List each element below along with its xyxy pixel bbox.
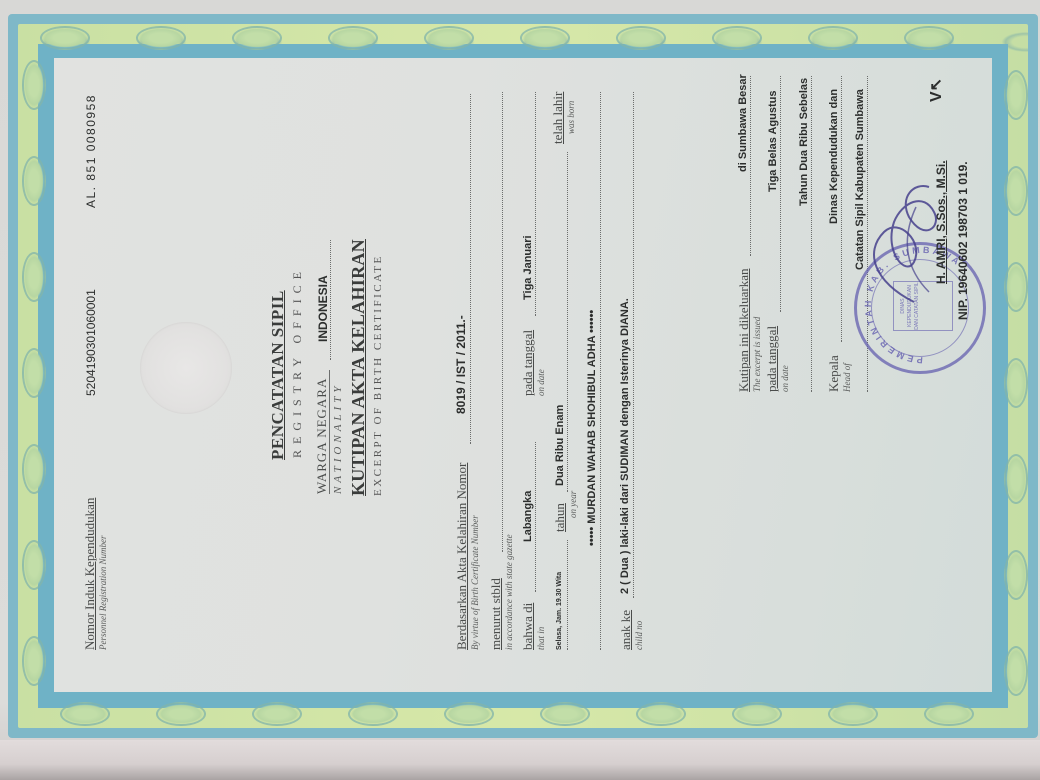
time-value: Selasa, Jam. 19.30 Wita: [556, 572, 563, 650]
year-label: tahun on year: [552, 491, 578, 532]
paper-edge: [0, 740, 1040, 780]
border-ornament: [1004, 358, 1028, 408]
issue-date-label: pada tanggal on date: [764, 326, 790, 392]
border-ornament: [22, 252, 46, 302]
child-order-value: 2 ( Dua ) laki-laki dari SUDIMAN dengan …: [619, 298, 631, 594]
border-ornament: [22, 156, 46, 206]
border-ornament: [1004, 166, 1028, 216]
stbld-label: menurut stbld in accordance with state g…: [488, 534, 514, 650]
border-ornament: [636, 702, 686, 726]
head-label: Kepala Head of: [826, 355, 852, 392]
certificate-title: KUTIPAN AKTA KELAHIRAN: [348, 239, 369, 496]
border-ornament: [540, 702, 590, 726]
border-ornament: [22, 348, 46, 398]
border-ornament: [1004, 646, 1028, 696]
border-ornament: [732, 702, 782, 726]
office-title-en: REGISTRY OFFICE: [290, 266, 305, 458]
border-ornament: [60, 702, 110, 726]
watermark-emblem: [140, 322, 232, 414]
border-ornament: [712, 26, 762, 50]
year-value: Dua Ribu Enam: [554, 405, 566, 486]
nationality-value: INDONESIA: [316, 275, 330, 342]
border-ornament: [904, 26, 954, 50]
border-ornament: [136, 26, 186, 50]
border-ornament: [22, 636, 46, 686]
border-ornament: [924, 702, 974, 726]
border-ornament: [328, 26, 378, 50]
born-label: telah lahir was born: [550, 92, 576, 144]
place-value: Labangka: [522, 491, 534, 542]
cert-number-value: 8019 / IST / 2011.-: [454, 315, 468, 414]
border-ornament: [424, 26, 474, 50]
border-ornament: [808, 26, 858, 50]
issued-label: Kutipan ini dikeluarkan The excerpt is i…: [736, 269, 762, 392]
border-ornament: [22, 60, 46, 110]
border-ornament: [156, 702, 206, 726]
issued-place: di Sumbawa Besar: [737, 74, 749, 172]
border-ornament: [616, 26, 666, 50]
border-ornament: [232, 26, 282, 50]
certificate-content: Nomor Induk Kependudukan Personnel Regis…: [54, 58, 992, 692]
nationality-label-en: NATIONALITY: [332, 383, 344, 494]
signatory-name: H. AMRI, S.Sos., M.Si.: [934, 160, 948, 284]
border-ornament: [1004, 454, 1028, 504]
child-name: ••••• MURDAN WAHAB SHOHIBUL ADHA ••••••: [586, 310, 598, 546]
issue-year-value: Tahun Dua Ribu Sebelas: [798, 78, 810, 206]
office-title: PENCATATAN SIPIL: [268, 290, 288, 460]
nationality-label: WARGA NEGARA: [314, 378, 330, 494]
child-order-label: anak ke child no: [618, 610, 644, 650]
nip-number: NIP. 19640602 198703 1 019.: [956, 161, 970, 320]
cert-number-label: Berdasarkan Akta Kelahiran Nomor By virt…: [454, 463, 480, 650]
border-ornament: [520, 26, 570, 50]
border-ornament: [252, 702, 302, 726]
issue-date-value: Tiga Belas Agustus: [767, 91, 779, 192]
certificate-title-en: EXCERPT OF BIRTH CERTIFICATE: [372, 254, 384, 496]
border-ornament: [1004, 550, 1028, 600]
serial-number: AL. 851 0080958: [84, 94, 98, 208]
head-office-line1: Dinas Kependudukan dan: [828, 89, 840, 224]
border-ornament: [1004, 70, 1028, 120]
place-label: bahwa di that in: [520, 603, 546, 650]
border-ornament: [40, 26, 90, 50]
registration-number: 5204190301060001: [84, 289, 98, 396]
registration-label: Nomor Induk Kependudukan Personnel Regis…: [82, 498, 108, 650]
border-ornament: [1004, 262, 1028, 312]
date-label: pada tanggal on date: [520, 330, 546, 396]
border-ornament: [22, 540, 46, 590]
date-value: Tiga Januari: [522, 235, 534, 300]
border-ornament: [22, 444, 46, 494]
border-ornament: [348, 702, 398, 726]
border-ornament: [444, 702, 494, 726]
border-ornament: [828, 702, 878, 726]
initial-mark: V↖: [926, 78, 946, 102]
